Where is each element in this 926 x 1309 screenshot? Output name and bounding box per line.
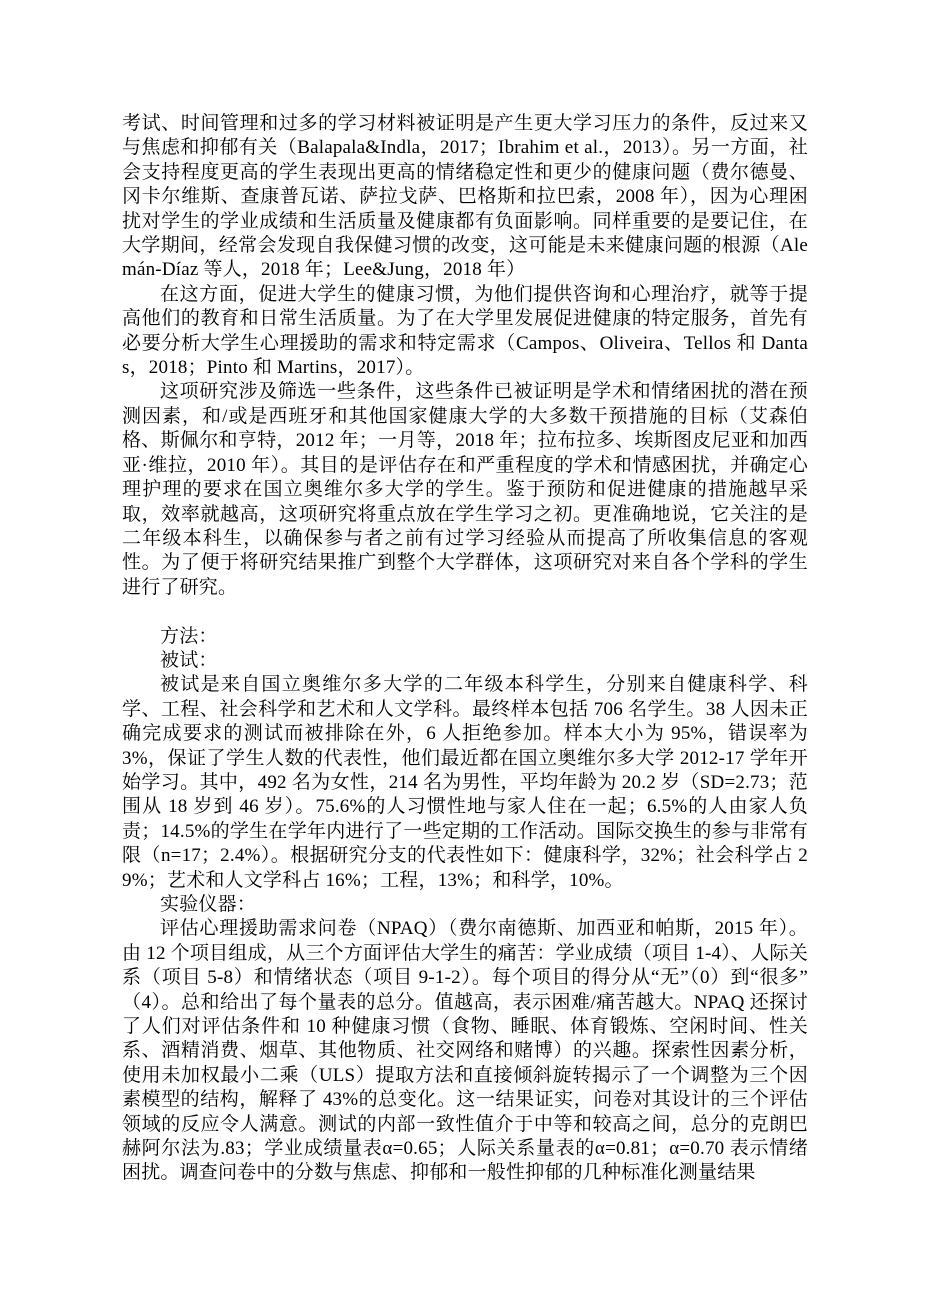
document-page: 考试、时间管理和过多的学习材料被证明是产生更大学习压力的条件，反过来又与焦虑和抑… [0, 0, 926, 1309]
heading-instruments: 实验仪器： [122, 893, 808, 917]
paragraph-exam-stress: 考试、时间管理和过多的学习材料被证明是产生更大学习压力的条件，反过来又与焦虑和抑… [122, 112, 808, 283]
paragraph-study-aims: 这项研究涉及筛选一些条件，这些条件已被证明是学术和情绪困扰的潜在预测因素，和/或… [122, 380, 808, 600]
heading-method: 方法： [122, 625, 808, 649]
paragraph-subjects-description: 被试是来自国立奥维尔多大学的二年级本科学生，分别来自健康科学、科学、工程、社会科… [122, 673, 808, 893]
paragraph-health-promotion: 在这方面，促进大学生的健康习惯，为他们提供咨询和心理治疗，就等于提高他们的教育和… [122, 283, 808, 381]
paragraph-npaq-description: 评估心理援助需求问卷（NPAQ）（费尔南德斯、加西亚和帕斯，2015 年）。由 … [122, 917, 808, 1185]
heading-subjects: 被试： [122, 649, 808, 673]
